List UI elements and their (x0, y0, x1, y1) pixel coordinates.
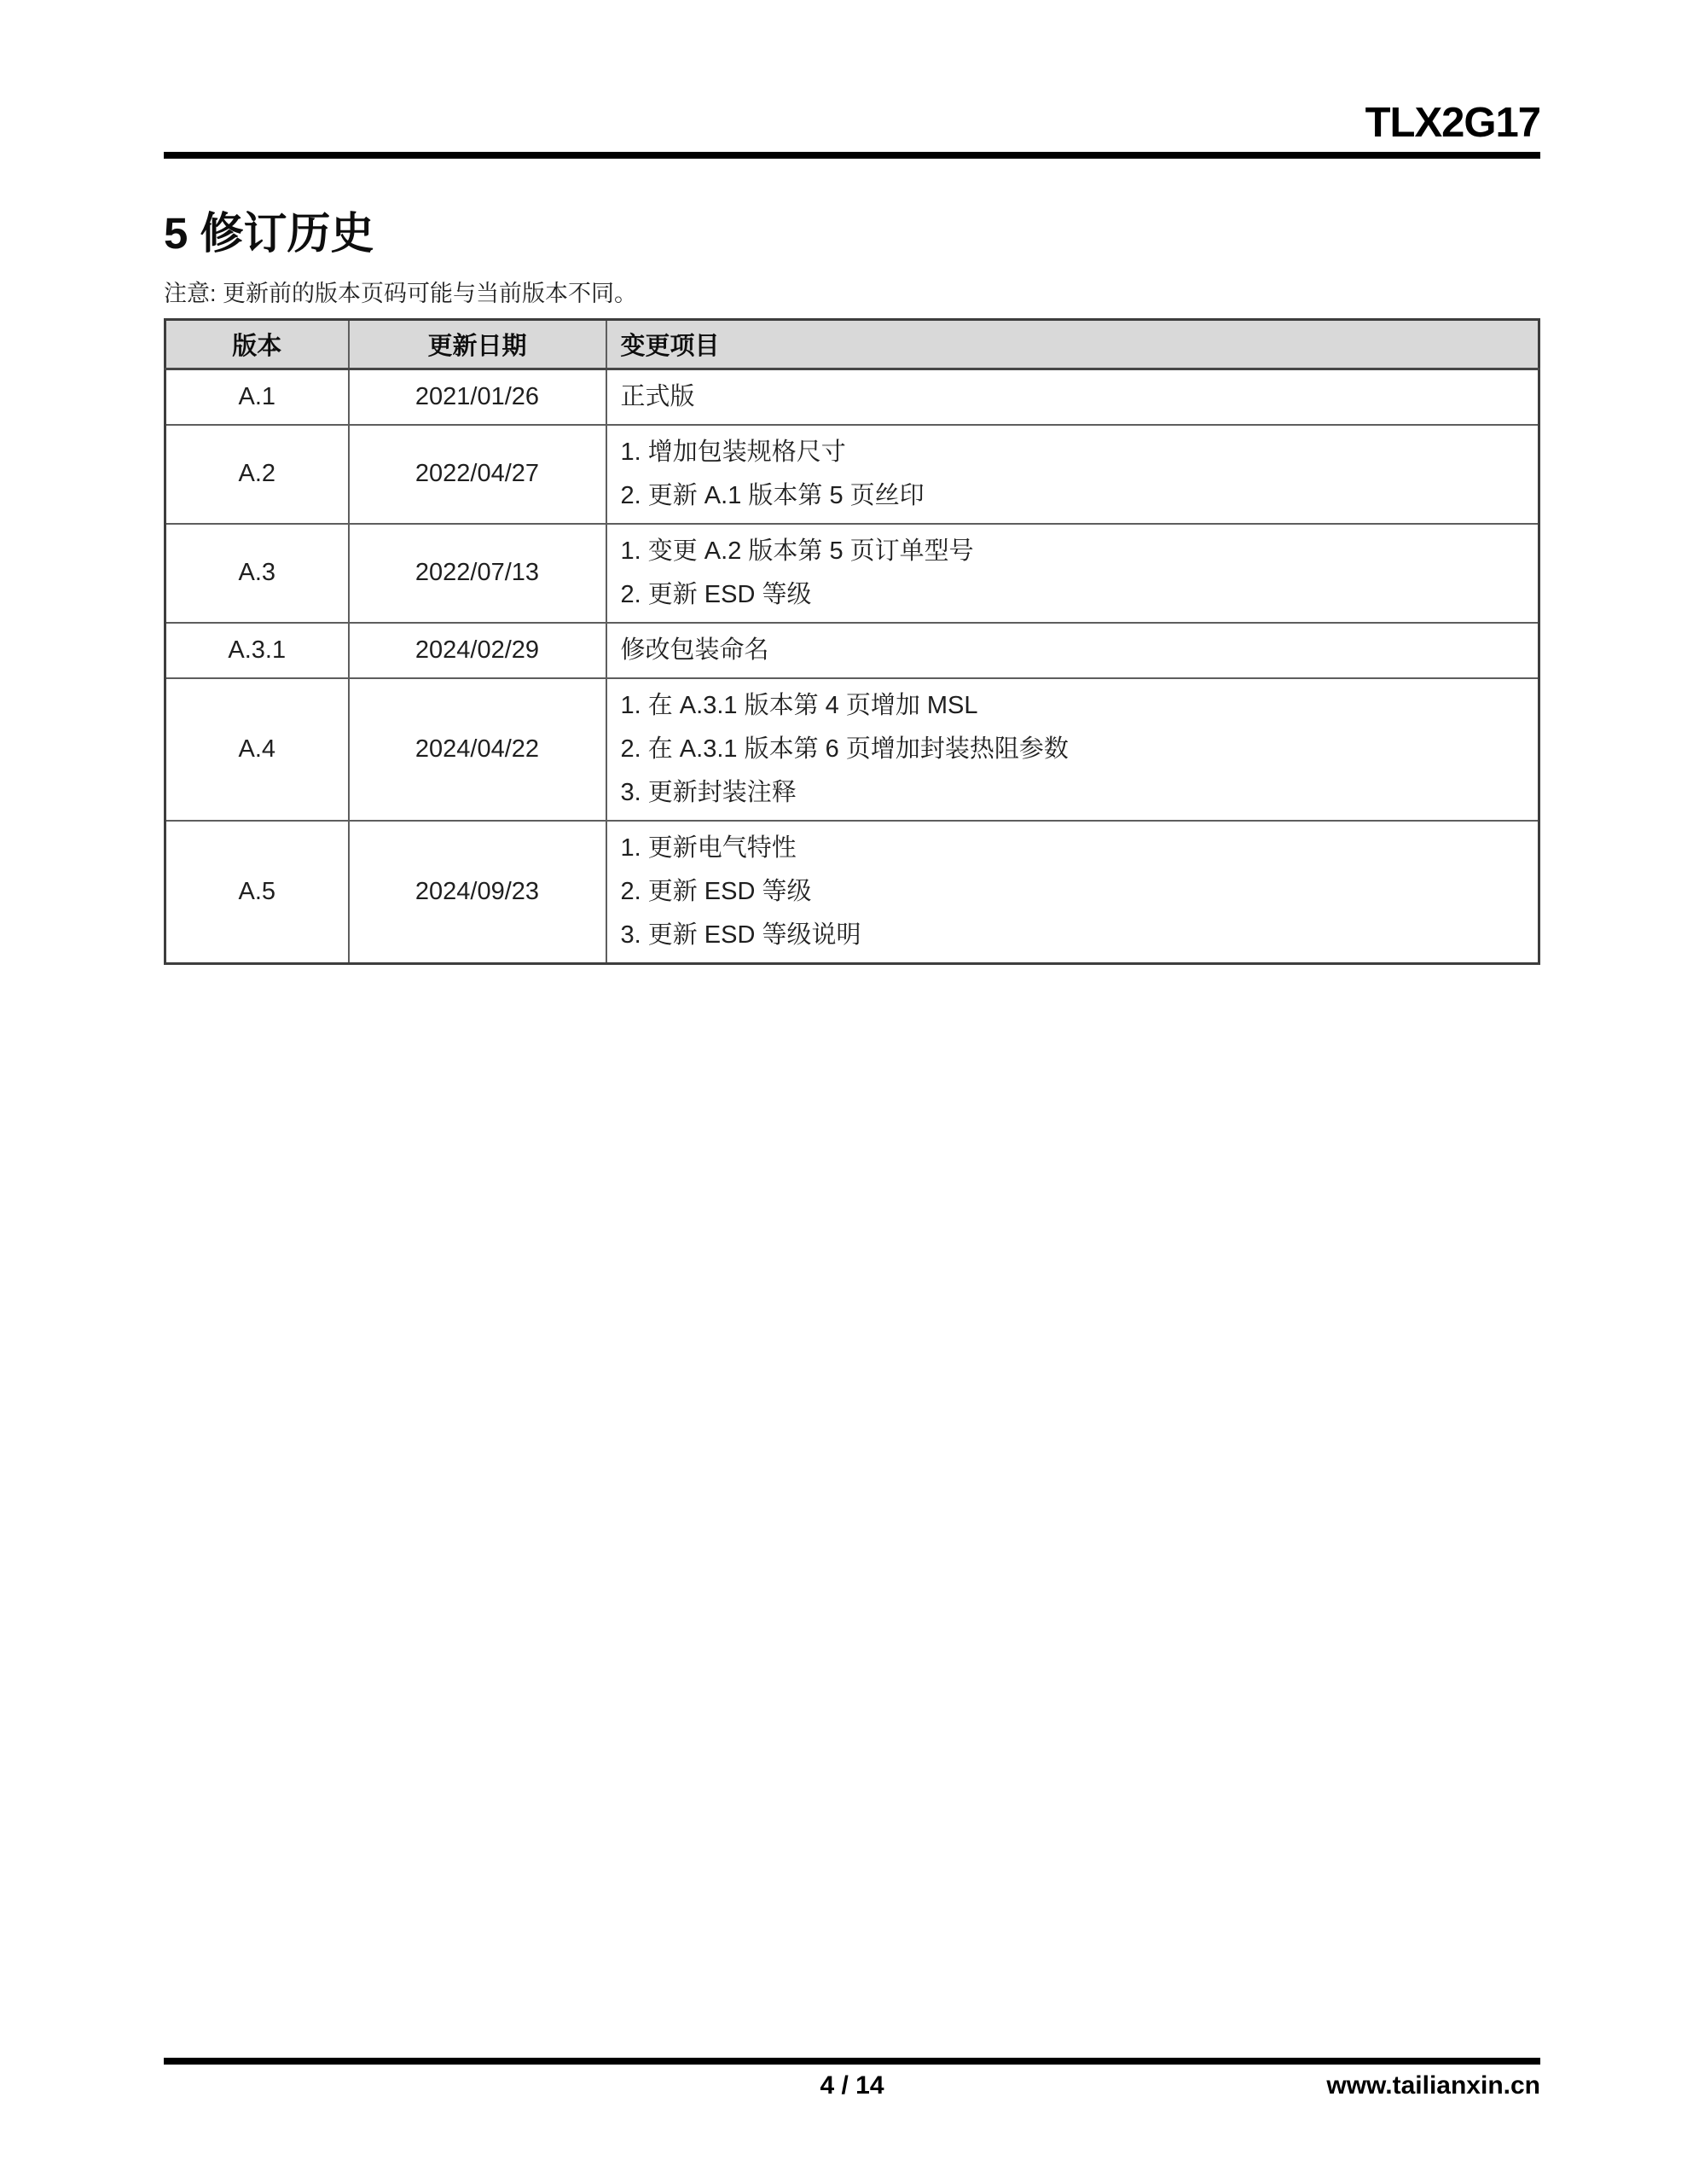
change-line: 正式版 (621, 375, 1525, 419)
section-heading: 5 修订历史 (164, 198, 1540, 261)
change-line: 1. 变更 A.2 版本第 5 页订单型号 (621, 530, 1525, 573)
date-cell: 2021/01/26 (349, 369, 606, 425)
date-cell: 2022/04/27 (349, 425, 606, 524)
change-line: 2. 更新 ESD 等级 (621, 573, 1525, 617)
change-line: 3. 更新封装注释 (621, 771, 1525, 815)
changes-cell: 1. 变更 A.2 版本第 5 页订单型号 2. 更新 ESD 等级 (606, 524, 1539, 623)
date-cell: 2024/02/29 (349, 623, 606, 678)
change-line: 1. 增加包装规格尺寸 (621, 431, 1525, 474)
changes-cell: 1. 在 A.3.1 版本第 4 页增加 MSL 2. 在 A.3.1 版本第 … (606, 678, 1539, 821)
page-number: 4 / 14 (820, 2071, 884, 2100)
change-line: 2. 在 A.3.1 版本第 6 页增加封装热阻参数 (621, 728, 1525, 771)
change-line: 2. 更新 A.1 版本第 5 页丝印 (621, 474, 1525, 518)
page-content: TLX2G17 5 修订历史 注意: 更新前的版本页码可能与当前版本不同。 版本… (164, 0, 1540, 965)
version-cell: A.1 (165, 369, 349, 425)
table-row: A.1 2021/01/26 正式版 (165, 369, 1539, 425)
changes-cell: 1. 更新电气特性 2. 更新 ESD 等级 3. 更新 ESD 等级说明 (606, 821, 1539, 964)
table-row: A.3 2022/07/13 1. 变更 A.2 版本第 5 页订单型号 2. … (165, 524, 1539, 623)
header-rule (164, 152, 1540, 159)
table-row: A.3.1 2024/02/29 修改包装命名 (165, 623, 1539, 678)
page-footer: 4 / 14 www.tailianxin.cn (164, 2058, 1540, 2106)
change-line: 1. 更新电气特性 (621, 827, 1525, 870)
changes-cell: 修改包装命名 (606, 623, 1539, 678)
footer-rule (164, 2058, 1540, 2065)
doc-title: TLX2G17 (164, 101, 1540, 147)
table-row: A.2 2022/04/27 1. 增加包装规格尺寸 2. 更新 A.1 版本第… (165, 425, 1539, 524)
changes-cell: 1. 增加包装规格尺寸 2. 更新 A.1 版本第 5 页丝印 (606, 425, 1539, 524)
revision-history-table: 版本 更新日期 变更项目 A.1 2021/01/26 正式版 A.2 2022… (164, 318, 1540, 965)
document-page: TLX2G17 5 修订历史 注意: 更新前的版本页码可能与当前版本不同。 版本… (0, 0, 1687, 2184)
change-line: 3. 更新 ESD 等级说明 (621, 914, 1525, 957)
version-cell: A.2 (165, 425, 349, 524)
version-cell: A.3.1 (165, 623, 349, 678)
column-header-version: 版本 (165, 319, 349, 369)
version-cell: A.5 (165, 821, 349, 964)
table-row: A.4 2024/04/22 1. 在 A.3.1 版本第 4 页增加 MSL … (165, 678, 1539, 821)
website-text: www.tailianxin.cn (1326, 2071, 1540, 2100)
column-header-date: 更新日期 (349, 319, 606, 369)
footer-text-row: 4 / 14 www.tailianxin.cn (164, 2071, 1540, 2106)
date-cell: 2024/04/22 (349, 678, 606, 821)
date-cell: 2024/09/23 (349, 821, 606, 964)
table-row: A.5 2024/09/23 1. 更新电气特性 2. 更新 ESD 等级 3.… (165, 821, 1539, 964)
date-cell: 2022/07/13 (349, 524, 606, 623)
change-line: 2. 更新 ESD 等级 (621, 870, 1525, 914)
version-cell: A.4 (165, 678, 349, 821)
table-header-row: 版本 更新日期 变更项目 (165, 319, 1539, 369)
change-line: 修改包装命名 (621, 629, 1525, 672)
change-line: 1. 在 A.3.1 版本第 4 页增加 MSL (621, 684, 1525, 728)
column-header-changes: 变更项目 (606, 319, 1539, 369)
version-cell: A.3 (165, 524, 349, 623)
changes-cell: 正式版 (606, 369, 1539, 425)
revision-note: 注意: 更新前的版本页码可能与当前版本不同。 (164, 275, 1540, 308)
